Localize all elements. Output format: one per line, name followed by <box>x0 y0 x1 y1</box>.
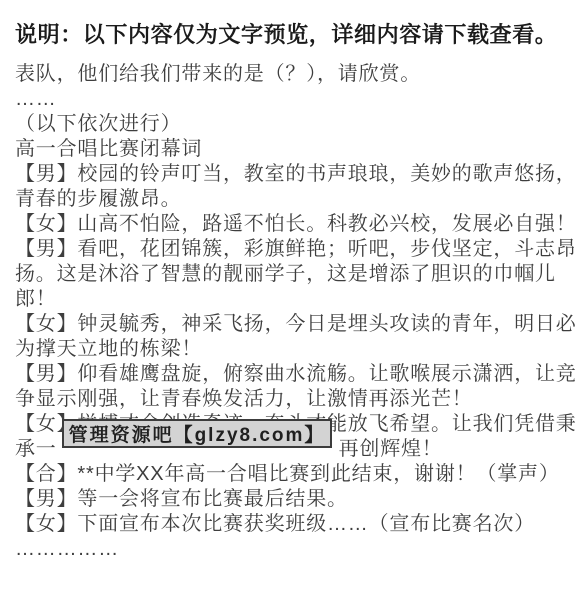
text-line: …… <box>15 87 575 112</box>
covered-line-hidden-gap <box>57 454 339 455</box>
text-line: 【男】看吧，花团锦簇，彩旗鲜艳；听吧，步伐坚定，斗志昂 <box>15 237 575 262</box>
text-line: 为撑天立地的栋梁！ <box>15 337 575 362</box>
text-line: 扬。这是沐浴了智慧的靓丽学子，这是增添了胆识的巾帼儿 <box>15 262 575 287</box>
text-line: 高一合唱比赛闭幕词 <box>15 137 575 162</box>
document-preview-page: 说明：以下内容仅为文字预览，详细内容请下载查看。 表队，他们给我们带来的是（？）… <box>0 0 578 600</box>
text-line: 【女】下面宣布本次比赛获奖班级……（宣布比赛名次） <box>15 512 575 537</box>
text-line: 青春的步履激昂。 <box>15 187 575 212</box>
document-lines-after: 【合】**中学XX年高一合唱比赛到此结束，谢谢！（掌声）【男】等一会将宣布比赛最… <box>15 462 575 562</box>
watermark-label: 管理资源吧【glzy8.com】 <box>69 420 326 447</box>
text-line: 【合】**中学XX年高一合唱比赛到此结束，谢谢！（掌声） <box>15 462 575 487</box>
watermark-badge: 管理资源吧【glzy8.com】 <box>62 419 332 448</box>
text-line: 郎！ <box>15 287 575 312</box>
text-line: 【男】校园的铃声叮当，教室的书声琅琅，美妙的歌声悠扬， <box>15 162 575 187</box>
text-line: 【男】等一会将宣布比赛最后结果。 <box>15 487 575 512</box>
covered-line-prefix: 承一 <box>15 438 57 460</box>
text-line: （以下依次进行） <box>15 112 575 137</box>
text-line: 【女】钟灵毓秀，神采飞扬，今日是埋头攻读的青年，明日必 <box>15 312 575 337</box>
document-lines-before: 表队，他们给我们带来的是（？），请欣赏。……（以下依次进行）高一合唱比赛闭幕词【… <box>15 62 575 437</box>
text-line: 【男】仰看雄鹰盘旋，俯察曲水流觞。让歌喉展示潇洒，让竞 <box>15 362 575 387</box>
text-line: 争显示刚强，让青春焕发活力，让激情再添光芒！ <box>15 387 575 412</box>
covered-line-suffix: 再创辉煌！ <box>339 438 443 460</box>
preview-notice: 说明：以下内容仅为文字预览，详细内容请下载查看。 <box>15 18 557 49</box>
document-body: 表队，他们给我们带来的是（？），请欣赏。……（以下依次进行）高一合唱比赛闭幕词【… <box>15 62 575 562</box>
text-line: 表队，他们给我们带来的是（？），请欣赏。 <box>15 62 575 87</box>
text-line: 【女】山高不怕险，路遥不怕长。科教必兴校，发展必自强！ <box>15 212 575 237</box>
text-line: …………… <box>15 537 575 562</box>
